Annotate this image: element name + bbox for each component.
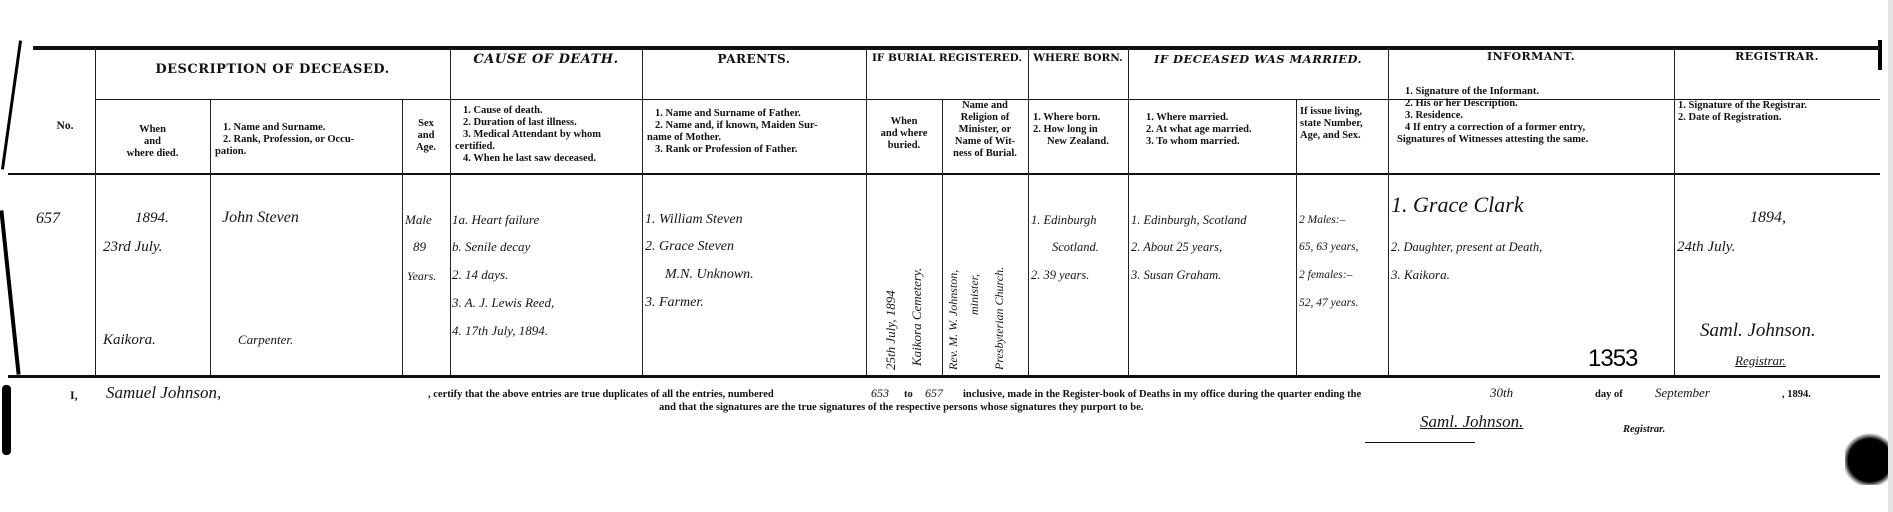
seal-mark [1845, 430, 1890, 485]
group-cause-of-death: CAUSE OF DEATH. [450, 52, 642, 67]
header-line: 3. Rank or Profession of Father. [647, 144, 863, 156]
header-line: and where [866, 128, 942, 140]
cert-range-to-word: to [904, 389, 913, 400]
group-where-born: WHERE BORN. [1028, 52, 1128, 64]
header-line: 3. Medical Attendant by whom [455, 129, 640, 141]
header-line: buried. [866, 140, 942, 152]
col-rule [1128, 48, 1129, 375]
cert-text-line2: and that the signatures are the true sig… [659, 402, 1143, 413]
header-line: Age, and Sex. [1300, 130, 1388, 142]
header-line: Name and [942, 100, 1028, 112]
header-buried: When and where buried. [866, 116, 942, 152]
entry-cause-1b: b. Senile decay [452, 238, 530, 256]
header-line: 4. When he last saw deceased. [455, 153, 640, 165]
header-line: 2. Rank, Profession, or Occu- [215, 134, 400, 146]
col-rule [95, 48, 96, 375]
cert-text-line1b: inclusive, made in the Register-book of … [963, 389, 1361, 400]
header-line: 2. His or her Description. [1397, 98, 1672, 110]
header-line: 1. Where born. [1033, 112, 1128, 124]
entry-burial-date: 25th July, 1894 [882, 290, 900, 370]
entry-sex: Male [405, 211, 432, 229]
entry-age-unit: Years. [407, 267, 436, 285]
scan-margin [1888, 0, 1893, 512]
entry-married-where: 1. Edinburgh, Scotland [1131, 211, 1247, 229]
entry-cause-attendant: 3. A. J. Lewis Reed, [452, 294, 554, 312]
entry-registration-date: 24th July. [1677, 238, 1735, 256]
header-when-died: When and where died. [95, 124, 210, 160]
entry-issue-males: 2 Males:– [1299, 211, 1345, 229]
header-registrar: 1. Signature of the Registrar. 2. Date o… [1678, 100, 1878, 124]
header-line: and [402, 130, 450, 142]
stamp-number: 1353 [1588, 345, 1637, 373]
header-line: certified. [455, 141, 640, 153]
group-informant: INFORMANT. [1388, 50, 1674, 63]
entry-informant-residence: 3. Kaikora. [1391, 266, 1450, 284]
header-sex-age: Sex and Age. [402, 118, 450, 154]
entry-issue-females-ages: 52, 47 years. [1299, 294, 1358, 312]
entry-father-profession: 3. Farmer. [645, 294, 704, 312]
entry-informant-description: 2. Daughter, present at Death, [1391, 238, 1542, 256]
col-rule [1028, 48, 1029, 375]
death-register-page: DESCRIPTION OF DECEASED. CAUSE OF DEATH.… [0, 0, 1888, 512]
header-line: 3. Residence. [1397, 110, 1672, 122]
cert-range-from: 653 [871, 384, 889, 402]
header-line: Age. [402, 142, 450, 154]
group-description-of-deceased: DESCRIPTION OF DECEASED. [95, 62, 450, 77]
header-parents: 1. Name and Surname of Father. 2. Name a… [647, 108, 863, 156]
header-name: 1. Name and Surname. 2. Rank, Profession… [215, 122, 400, 158]
entry-minister-church: Presbyterian Church. [990, 267, 1008, 370]
cert-registrar-name: Samuel Johnson, [106, 384, 221, 402]
cert-day-of: day of [1595, 389, 1623, 400]
entry-informant-signature: 1. Grace Clark [1391, 196, 1524, 214]
col-rule [1674, 48, 1675, 375]
header-line: 2. At what age married. [1146, 124, 1291, 136]
col-rule [450, 48, 451, 375]
entry-years-in-nz: 2. 39 years. [1031, 266, 1089, 284]
header-where-born: 1. Where born. 2. How long in New Zealan… [1033, 112, 1128, 148]
entry-death-date: 23rd July. [103, 238, 162, 256]
binding-edge [0, 210, 21, 375]
header-line: Minister, or [942, 124, 1028, 136]
header-line: When [95, 124, 210, 136]
binding-edge [1, 40, 22, 169]
header-line: ness of Burial. [942, 148, 1028, 160]
header-line: 1. Signature of the Informant. [1397, 86, 1672, 98]
header-line: Sex [402, 118, 450, 130]
cert-signature-title: Registrar. [1623, 424, 1665, 435]
header-line: pation. [215, 146, 400, 158]
header-bottom-rule [8, 173, 1880, 175]
cert-signature: Saml. Johnson. [1420, 413, 1523, 431]
entry-name: John Steven [222, 209, 299, 227]
group-if-deceased-was-married: IF DECEASED WAS MARRIED. [1128, 52, 1388, 66]
entry-age: 89 [413, 238, 426, 256]
entry-burial-place: Kaikora Cemetery. [908, 268, 926, 366]
entry-married-whom: 3. Susan Graham. [1131, 266, 1221, 284]
header-line: 2. Date of Registration. [1678, 112, 1878, 124]
entry-issue-females: 2 females:– [1299, 266, 1352, 284]
header-no-text: No. [35, 120, 95, 132]
group-if-burial-registered: IF BURIAL REGISTERED. [866, 52, 1028, 64]
col-rule [642, 48, 643, 375]
header-line: Religion of [942, 112, 1028, 124]
entry-occupation: Carpenter. [238, 331, 293, 349]
cert-month: September [1655, 384, 1710, 402]
entry-mother-maiden: M.N. Unknown. [665, 266, 754, 284]
entry-cause-1a: 1a. Heart failure [452, 211, 539, 229]
entry-married-age: 2. About 25 years, [1131, 238, 1222, 256]
header-line: 2. How long in [1033, 124, 1128, 136]
header-line: 1. Cause of death. [455, 105, 640, 117]
entry-death-year: 1894. [135, 209, 169, 227]
binding-edge [2, 385, 11, 455]
table-bottom-rule [8, 375, 1880, 378]
entry-father: 1. William Steven [645, 211, 743, 229]
header-line: 2. Duration of last illness. [455, 117, 640, 129]
entry-issue-males-ages: 65, 63 years, [1299, 238, 1358, 256]
header-issue: If issue living, state Number, Age, and … [1300, 106, 1388, 142]
header-line: If issue living, [1300, 106, 1388, 118]
entry-minister-name: Rev. M. W. Johnston, [944, 270, 962, 370]
header-line: 1. Signature of the Registrar. [1678, 100, 1878, 112]
signature-underline [1365, 442, 1475, 443]
entry-number: 657 [36, 210, 60, 228]
col-rule [866, 48, 867, 375]
cert-range-to: 657 [925, 384, 943, 402]
header-line: 1. Name and Surname of Father. [647, 108, 863, 120]
header-minister: Name and Religion of Minister, or Name o… [942, 100, 1028, 160]
header-line: Signatures of Witnesses attesting the sa… [1397, 134, 1672, 146]
entry-death-place: Kaikora. [103, 331, 156, 349]
header-cause: 1. Cause of death. 2. Duration of last i… [455, 105, 640, 165]
entry-registrar-signature: Saml. Johnson. [1700, 322, 1816, 340]
header-line: 1. Where married. [1146, 112, 1291, 124]
header-informant: 1. Signature of the Informant. 2. His or… [1397, 86, 1672, 146]
header-line: and [95, 136, 210, 148]
header-line: 2. Name and, if known, Maiden Sur- [647, 120, 863, 132]
cert-text-line1a: , certify that the above entries are tru… [428, 389, 774, 400]
entry-registration-year: 1894, [1750, 209, 1786, 227]
header-line: 1. Name and Surname. [215, 122, 400, 134]
header-married: 1. Where married. 2. At what age married… [1146, 112, 1291, 148]
header-no: No. [35, 120, 95, 132]
entry-minister-role: minister, [965, 274, 983, 315]
header-line: where died. [95, 148, 210, 160]
entry-birthplace: 1. Edinburgh [1031, 211, 1097, 229]
entry-cause-last-seen: 4. 17th July, 1894. [452, 322, 548, 340]
header-line: state Number, [1300, 118, 1388, 130]
header-line: Name of Wit- [942, 136, 1028, 148]
entry-mother: 2. Grace Steven [645, 238, 734, 256]
header-line: New Zealand. [1033, 136, 1128, 148]
cert-year: , 1894. [1782, 389, 1811, 400]
header-line: name of Mother. [647, 132, 863, 144]
header-line: 3. To whom married. [1146, 136, 1291, 148]
header-line: When [866, 116, 942, 128]
entry-registrar-title: Registrar. [1735, 352, 1786, 370]
entry-cause-duration: 2. 14 days. [452, 266, 508, 284]
col-rule [1296, 100, 1297, 375]
col-rule [210, 100, 211, 375]
group-parents: PARENTS. [642, 52, 866, 66]
entry-birthplace-country: Scotland. [1052, 238, 1099, 256]
cert-day: 30th [1490, 384, 1513, 402]
col-rule [1388, 48, 1389, 375]
header-line: 4 If entry a correction of a former entr… [1397, 122, 1672, 134]
cert-prefix: I, [70, 386, 78, 404]
group-registrar: REGISTRAR. [1674, 50, 1880, 63]
